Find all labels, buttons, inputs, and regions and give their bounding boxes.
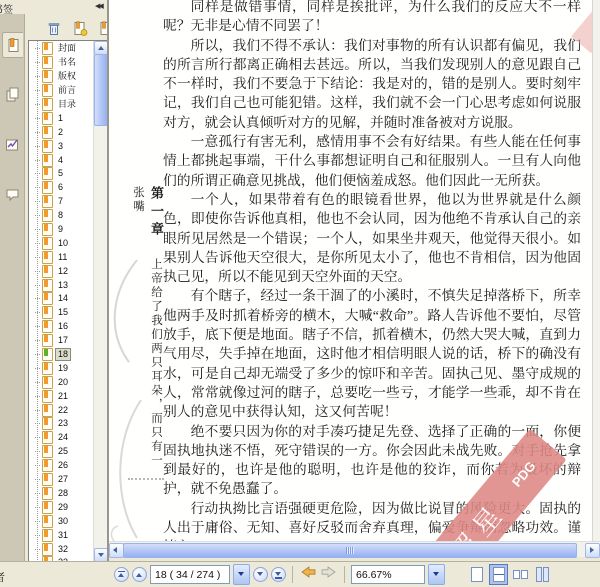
continuous-facing-icon-left — [536, 567, 542, 582]
bookmark-item[interactable]: 2 — [29, 125, 94, 139]
first-page-button[interactable] — [114, 567, 129, 582]
tree-connector — [35, 271, 40, 272]
back-arrow-icon — [299, 565, 317, 579]
bookmark-page-icon — [42, 181, 53, 194]
forward-arrow-icon — [320, 565, 338, 579]
tree-connector — [35, 354, 40, 355]
bookmark-page-icon — [42, 348, 53, 361]
bookmark-label: 32 — [56, 544, 70, 555]
bookmark-label: 版权 — [56, 71, 78, 82]
tree-connector — [35, 549, 40, 550]
tree-connector — [35, 521, 40, 522]
tree-connector — [35, 382, 40, 383]
bookmark-page-icon — [42, 251, 53, 264]
next-page-button[interactable] — [253, 567, 268, 582]
bookmark-label: 书名 — [56, 57, 78, 68]
tree-connector — [35, 173, 40, 174]
navigation-tab-strip — [0, 14, 25, 561]
bookmark-page-icon — [42, 390, 53, 403]
tree-connector — [35, 423, 40, 424]
bookmark-page-icon — [42, 126, 53, 139]
bookmark-label: 6 — [56, 182, 65, 193]
tree-connector — [35, 465, 40, 466]
last-page-button[interactable] — [271, 567, 286, 582]
bookmark-item[interactable]: 16 — [29, 320, 94, 334]
bookmark-label: 13 — [56, 280, 70, 291]
bookmark-label: 19 — [56, 363, 70, 374]
bookmark-item[interactable]: 32 — [29, 542, 94, 556]
bookmark-label: 20 — [56, 377, 70, 388]
hscrollbar-thumb[interactable] — [123, 543, 577, 558]
tree-connector — [35, 298, 40, 299]
paragraph: 所以，我们不得不承认：我们对事物的所有认识都有偏见，我们的所言所行都离正确相去甚… — [163, 36, 581, 132]
bookmark-label: 27 — [56, 474, 70, 485]
tree-connector — [35, 90, 40, 91]
bookmark-label: 30 — [56, 516, 70, 527]
bookmark-label: 17 — [56, 335, 70, 346]
status-bar: 者 18 ( 34 / 274 ) 66.67% — [0, 561, 600, 587]
bookmark-page-icon — [42, 334, 53, 347]
bookmark-label: 29 — [56, 502, 70, 513]
chapter-heading: 第一章 上帝给了我们两只耳朵，而只有一张嘴 — [129, 186, 166, 472]
signatures-tab-icon — [5, 137, 20, 152]
bookmark-label: 2 — [56, 127, 65, 138]
bookmark-item[interactable]: 19 — [29, 361, 94, 375]
bookmark-label: 26 — [56, 460, 70, 471]
collapse-panel-icon[interactable] — [95, 2, 102, 10]
bookmark-label: 12 — [56, 266, 70, 277]
bookmark-page-icon — [42, 265, 53, 278]
bookmark-label: 15 — [56, 307, 70, 318]
bookmark-item[interactable]: 10 — [29, 236, 94, 250]
bookmark-item[interactable]: 1 — [29, 111, 94, 125]
bookmark-list-items: 封面书名版权前言目录123456789101112131415161718192… — [29, 42, 94, 563]
bookmark-list: 封面书名版权前言目录123456789101112131415161718192… — [28, 40, 108, 563]
bookmark-item[interactable]: 27 — [29, 473, 94, 487]
layout-continuous-button[interactable] — [489, 564, 508, 585]
tree-connector — [35, 187, 40, 188]
bookmark-page-icon — [42, 154, 53, 167]
pdf-reader-window: 书签 封面书名版权前言目录123456789101112131415161718… — [0, 0, 600, 587]
bookmark-item[interactable]: 23 — [29, 417, 94, 431]
bookmark-label: 21 — [56, 391, 70, 402]
bookmark-item[interactable]: 12 — [29, 264, 94, 278]
bookmark-item[interactable]: 17 — [29, 334, 94, 348]
status-controls: 18 ( 34 / 274 ) 66.67% — [114, 565, 552, 584]
bookmark-scrollbar[interactable] — [93, 41, 107, 562]
new-bookmark-icon — [73, 21, 88, 36]
layout-facing-button[interactable] — [511, 564, 530, 585]
bookmark-page-icon — [42, 42, 53, 55]
tree-connector — [35, 326, 40, 327]
tree-connector — [35, 493, 40, 494]
tree-connector — [35, 62, 40, 63]
bookmark-page-icon — [42, 237, 53, 250]
bookmark-page-icon — [42, 417, 53, 430]
new-bookmark-button[interactable] — [72, 20, 88, 36]
tree-connector — [35, 243, 40, 244]
bookmarks-tab-icon — [6, 38, 21, 53]
bookmark-page-icon — [42, 362, 53, 375]
bookmark-page-icon — [42, 501, 53, 514]
previous-page-button[interactable] — [132, 567, 147, 582]
bookmark-label: 16 — [56, 321, 70, 332]
bookmark-label: 23 — [56, 418, 70, 429]
watermark-label: PDG — [509, 458, 539, 489]
separator — [292, 566, 293, 583]
bookmark-page-icon — [42, 56, 53, 69]
tab-signatures[interactable] — [2, 132, 22, 156]
bookmark-label: 14 — [56, 293, 70, 304]
bookmark-label: 24 — [56, 432, 70, 443]
bookmark-label: 9 — [56, 224, 65, 235]
comments-tab-icon — [5, 187, 20, 202]
bookmark-item[interactable]: 14 — [29, 292, 94, 306]
bookmark-item[interactable]: 22 — [29, 403, 94, 417]
tree-connector — [35, 410, 40, 411]
single-page-icon — [471, 567, 483, 582]
bookmark-item[interactable]: 书名 — [29, 56, 94, 70]
bookmark-label: 10 — [56, 238, 70, 249]
tree-connector — [35, 118, 40, 119]
pages-tab-icon — [5, 87, 20, 102]
bookmark-page-icon — [42, 140, 53, 153]
bookmark-label: 3 — [56, 141, 65, 152]
bookmark-item[interactable]: 6 — [29, 181, 94, 195]
bookmark-page-icon — [42, 84, 53, 97]
bookmark-page-icon — [42, 112, 53, 125]
tree-connector — [35, 146, 40, 147]
bookmark-label: 1 — [56, 113, 65, 124]
forward-view-button[interactable] — [320, 565, 338, 584]
facing-icon-left — [513, 570, 520, 579]
zoom-dropdown-icon[interactable] — [428, 564, 445, 585]
bookmark-page-icon — [42, 445, 53, 458]
bookmark-page-icon — [42, 515, 53, 528]
paragraph: 有个瞎子，经过一条干涸了的小溪时，不慎失足掉落桥下，所幸他两手及时抓着桥旁的横木… — [163, 286, 581, 421]
tree-connector — [35, 76, 40, 77]
bookmark-item[interactable]: 4 — [29, 153, 94, 167]
bookmark-item[interactable]: 15 — [29, 306, 94, 320]
scroll-up-icon[interactable] — [94, 41, 108, 55]
tree-connector — [35, 535, 40, 536]
bookmark-label: 22 — [56, 405, 70, 416]
document-page[interactable]: 第一章 上帝给了我们两只耳朵，而只有一张嘴 同样是做错事情，同样是挨批评，为什么… — [109, 0, 600, 541]
bookmark-label: 前言 — [56, 85, 78, 96]
bookmark-label: 18 — [56, 349, 70, 360]
chapter-number: 第一章 — [149, 186, 164, 240]
bookmark-page-icon — [42, 487, 53, 500]
tree-connector — [35, 215, 40, 216]
bookmark-item[interactable]: 31 — [29, 528, 94, 542]
chapter-dots — [128, 478, 164, 480]
bookmark-page-icon — [42, 167, 53, 180]
tree-connector — [35, 437, 40, 438]
horizontal-scrollbar[interactable] — [109, 541, 600, 557]
tree-connector — [35, 104, 40, 105]
tab-bookmarks[interactable] — [2, 32, 23, 58]
bookmark-label: 11 — [56, 252, 69, 263]
bookmark-item[interactable]: 3 — [29, 139, 94, 153]
scrollbar-thumb[interactable] — [94, 54, 108, 126]
scroll-right-icon[interactable] — [585, 543, 600, 558]
continuous-icon — [493, 567, 505, 582]
bookmark-item[interactable]: 25 — [29, 445, 94, 459]
bookmark-page-icon — [42, 195, 53, 208]
bookmark-item[interactable]: 18 — [29, 348, 94, 362]
bookmark-page-icon — [42, 376, 53, 389]
zoom-field[interactable]: 66.67% — [351, 565, 425, 584]
bookmark-item[interactable]: 21 — [29, 389, 94, 403]
tree-connector — [35, 396, 40, 397]
scroll-left-icon[interactable] — [109, 543, 124, 558]
bookmark-page-icon — [42, 223, 53, 236]
bookmark-page-icon — [42, 543, 53, 556]
bookmark-label: 封面 — [56, 43, 78, 54]
bookmark-page-icon — [42, 459, 53, 472]
page-number-field[interactable]: 18 ( 34 / 274 ) — [150, 565, 230, 584]
trash-icon — [47, 21, 61, 36]
bookmark-page-icon — [42, 431, 53, 444]
layout-single-page-button[interactable] — [467, 564, 486, 585]
tree-connector — [35, 368, 40, 369]
status-partial-text: 者 — [0, 569, 5, 585]
tree-connector — [35, 201, 40, 202]
bookmark-item[interactable]: 11 — [29, 250, 94, 264]
bookmark-page-icon — [42, 98, 53, 111]
tree-connector — [35, 229, 40, 230]
scroll-down-icon[interactable] — [94, 548, 108, 562]
bookmark-label: 5 — [56, 168, 65, 179]
tree-connector — [35, 285, 40, 286]
thumb-grip — [346, 547, 354, 554]
bookmark-item[interactable]: 30 — [29, 514, 94, 528]
vertical-scroll-track[interactable] — [592, 0, 600, 541]
page-dropdown-icon[interactable] — [233, 564, 250, 585]
tree-connector — [35, 48, 40, 49]
tree-connector — [35, 132, 40, 133]
bookmark-label: 目录 — [56, 99, 78, 110]
bookmark-item[interactable]: 29 — [29, 500, 94, 514]
bookmark-page-icon — [42, 292, 53, 305]
bookmark-page-icon — [42, 209, 53, 222]
tree-connector — [35, 160, 40, 161]
bookmark-item[interactable]: 9 — [29, 223, 94, 237]
bookmark-label: 28 — [56, 488, 70, 499]
tree-connector — [35, 451, 40, 452]
bookmark-item[interactable]: 7 — [29, 195, 94, 209]
separator — [344, 566, 345, 583]
bookmark-page-icon — [42, 529, 53, 542]
bookmark-item[interactable]: 8 — [29, 209, 94, 223]
bookmark-item[interactable]: 26 — [29, 459, 94, 473]
page-display: 18 ( 34 / 274 ) — [155, 569, 220, 581]
delete-bookmark-button[interactable] — [46, 20, 62, 36]
layout-continuous-facing-button[interactable] — [533, 564, 552, 585]
bookmark-item[interactable]: 目录 — [29, 98, 94, 112]
bookmark-item[interactable]: 封面 — [29, 42, 94, 56]
bookmark-label: 7 — [56, 196, 65, 207]
bookmark-item[interactable]: 前言 — [29, 84, 94, 98]
bookmark-page-icon — [42, 404, 53, 417]
paragraph: 一个人，如果带着有色的眼镜看世界，他以为世界就是什么颜色，即使你告诉他真相，他也… — [163, 190, 581, 286]
bookmark-page-icon — [42, 320, 53, 333]
bookmark-label: 8 — [56, 210, 65, 221]
bookmark-page-icon — [42, 473, 53, 486]
bookmark-item[interactable]: 28 — [29, 487, 94, 501]
bookmark-label: 25 — [56, 446, 70, 457]
tree-connector — [35, 507, 40, 508]
tree-connector — [35, 340, 40, 341]
bookmark-page-icon — [42, 306, 53, 319]
tree-connector — [35, 312, 40, 313]
bookmark-label: 4 — [56, 155, 65, 166]
bookmark-item[interactable]: 版权 — [29, 70, 94, 84]
tree-connector — [35, 257, 40, 258]
bookmark-label: 31 — [56, 530, 70, 541]
tab-pages[interactable] — [2, 82, 22, 106]
tree-connector — [35, 479, 40, 480]
zoom-display: 66.67% — [356, 569, 392, 581]
bookmark-item[interactable]: 5 — [29, 167, 94, 181]
facing-icon-right — [521, 570, 528, 579]
bookmark-page-icon — [42, 70, 53, 83]
paragraph: 一意孤行有害无利，感情用事不会有好结果。有些人能在任何事情上都挑起事端，干什么事… — [163, 132, 581, 190]
bookmark-page-icon — [42, 279, 53, 292]
tab-comments[interactable] — [2, 182, 22, 206]
back-view-button[interactable] — [299, 565, 317, 584]
continuous-facing-icon-right — [543, 567, 549, 582]
bookmark-item[interactable]: 24 — [29, 431, 94, 445]
paragraph: 同样是做错事情，同样是挨批评，为什么我们的反应大不一样呢？无非是心情不同罢了！ — [163, 0, 581, 36]
bookmark-item[interactable]: 20 — [29, 375, 94, 389]
bookmark-item[interactable]: 13 — [29, 278, 94, 292]
